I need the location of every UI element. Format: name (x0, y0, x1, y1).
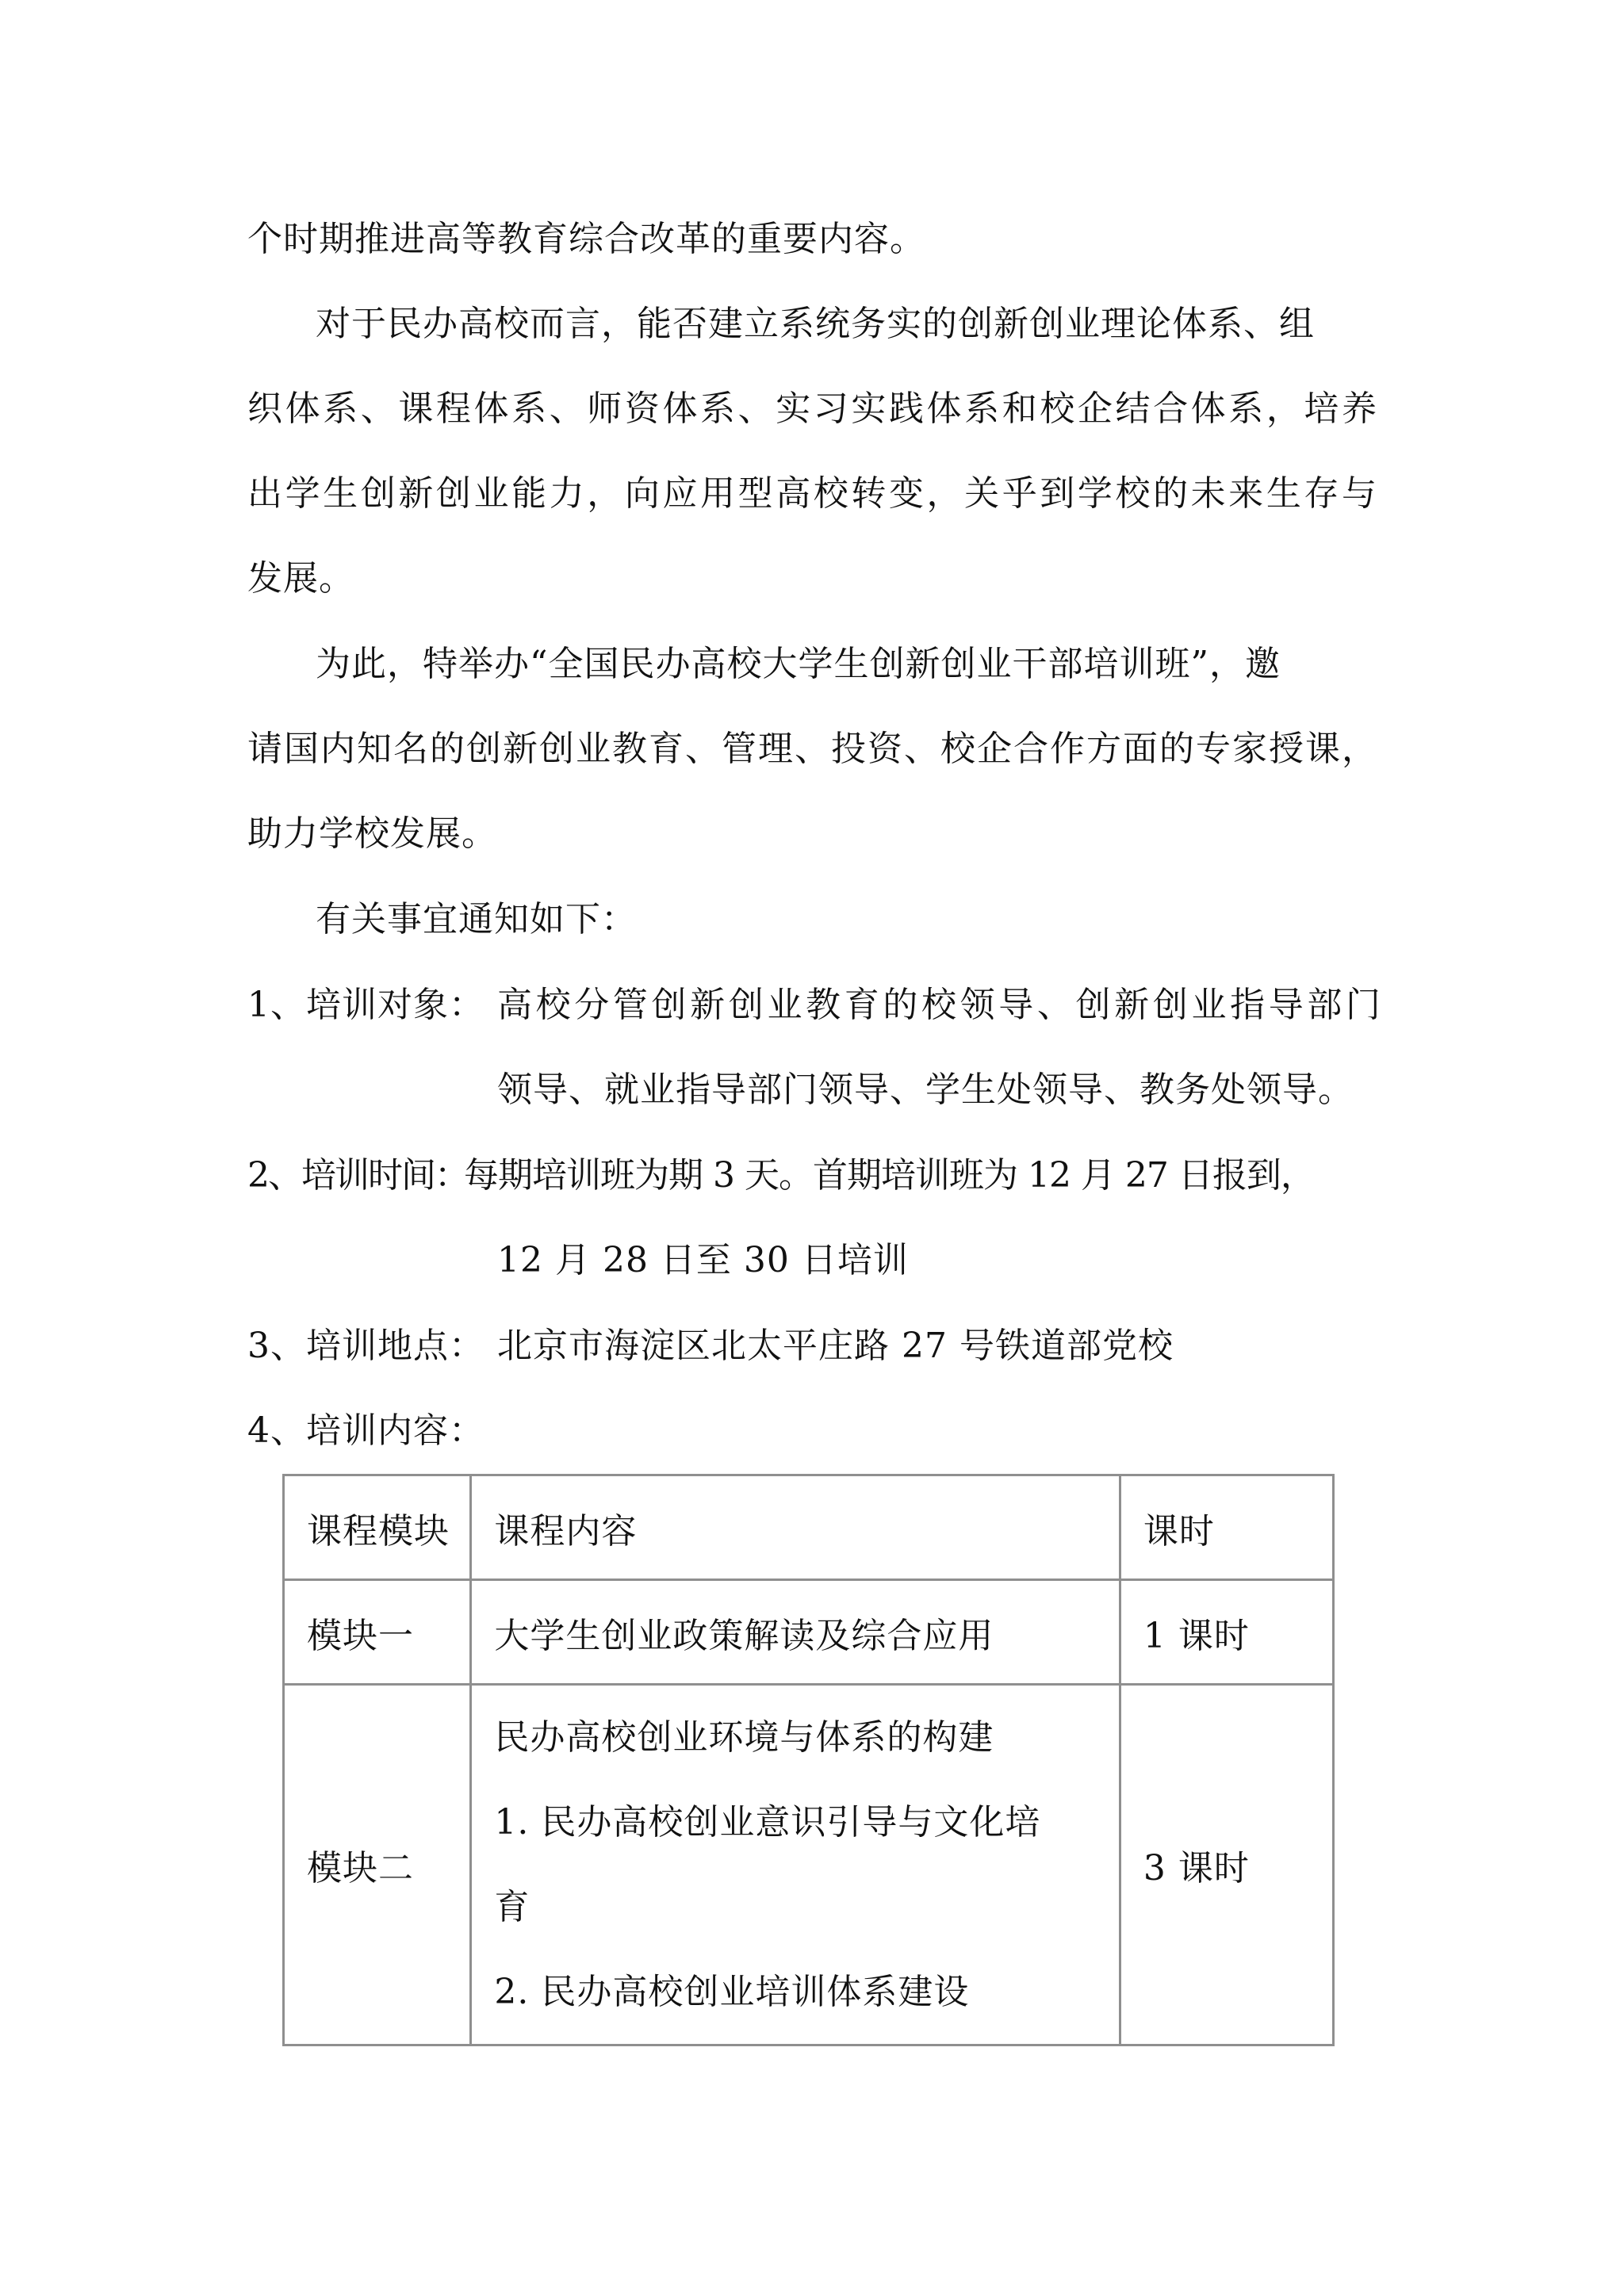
item-label-audience: 1、培训对象： (247, 962, 501, 1047)
paragraph-line: 发展。 (247, 536, 1381, 621)
table-header-row: 课程模块 课程内容 课时 (284, 1475, 1334, 1580)
paragraph-line: 助力学校发展。 (247, 791, 1381, 876)
paragraph-continuation: 个时期推进高等教育综合改革的重要内容。 (247, 197, 1381, 281)
cell-hours: 1 课时 (1120, 1580, 1333, 1685)
item-time-line: 每期培训班为期 3 天。首期培训班为 12 月 27 日报到， (464, 1133, 1380, 1218)
content-line: 育 (494, 1865, 1119, 1950)
course-table: 课程模块 课程内容 课时 模块一 大学生创业政策解读及综合应用 1 课时 模块二… (282, 1474, 1335, 2046)
content-line: 民办高校创业环境与体系的构建 (494, 1695, 1119, 1780)
content-line: 1. 民办高校创业意识引导与文化培 (494, 1780, 1119, 1865)
header-hours: 课时 (1120, 1475, 1333, 1580)
table-row: 模块一 大学生创业政策解读及综合应用 1 课时 (284, 1580, 1334, 1685)
header-content: 课程内容 (471, 1475, 1120, 1580)
cell-hours: 3 课时 (1120, 1685, 1333, 2045)
item-audience-line: 领导、就业指导部门领导、学生处领导、教务处领导。 (497, 1047, 1624, 1132)
item-audience-line: 高校分管创新创业教育的校领导、创新创业指导部门 (497, 962, 1381, 1047)
paragraph-line: 织体系、课程体系、师资体系、实习实践体系和校企结合体系，培养 (247, 366, 1377, 451)
paragraph-line: 出学生创新创业能力，向应用型高校转变，关乎到学校的未来生存与 (247, 451, 1377, 536)
document-page: 个时期推进高等教育综合改革的重要内容。 对于民办高校而言，能否建立系统务实的创新… (0, 0, 1624, 2296)
paragraph-line: 对于民办高校而言，能否建立系统务实的创新创业理论体系、组 (316, 281, 1382, 366)
notice-intro: 有关事宜通知如下： (316, 877, 1450, 962)
item-label-content: 4、培训内容： (247, 1388, 1381, 1473)
content-line: 2. 民办高校创业培训体系建设 (494, 1950, 1119, 2034)
header-module: 课程模块 (284, 1475, 471, 1580)
item-label-location: 3、培训地点： (247, 1303, 501, 1388)
cell-content: 大学生创业政策解读及综合应用 (471, 1580, 1120, 1685)
cell-content: 民办高校创业环境与体系的构建 1. 民办高校创业意识引导与文化培 育 2. 民办… (471, 1685, 1120, 2045)
item-time-line: 12 月 28 日至 30 日培训 (497, 1218, 1624, 1303)
paragraph-line: 请国内知名的创新创业教育、管理、投资、校企合作方面的专家授课， (247, 706, 1377, 791)
item-location-line: 北京市海淀区北太平庄路 27 号铁道部党校 (497, 1303, 1624, 1388)
paragraph-line: 为此，特举办“全国民办高校大学生创新创业干部培训班”，邀 (316, 622, 1382, 706)
table-row: 模块二 民办高校创业环境与体系的构建 1. 民办高校创业意识引导与文化培 育 2… (284, 1685, 1334, 2045)
item-label-time: 2、培训时间： (247, 1133, 485, 1218)
cell-module: 模块二 (284, 1685, 471, 2045)
cell-module: 模块一 (284, 1580, 471, 1685)
